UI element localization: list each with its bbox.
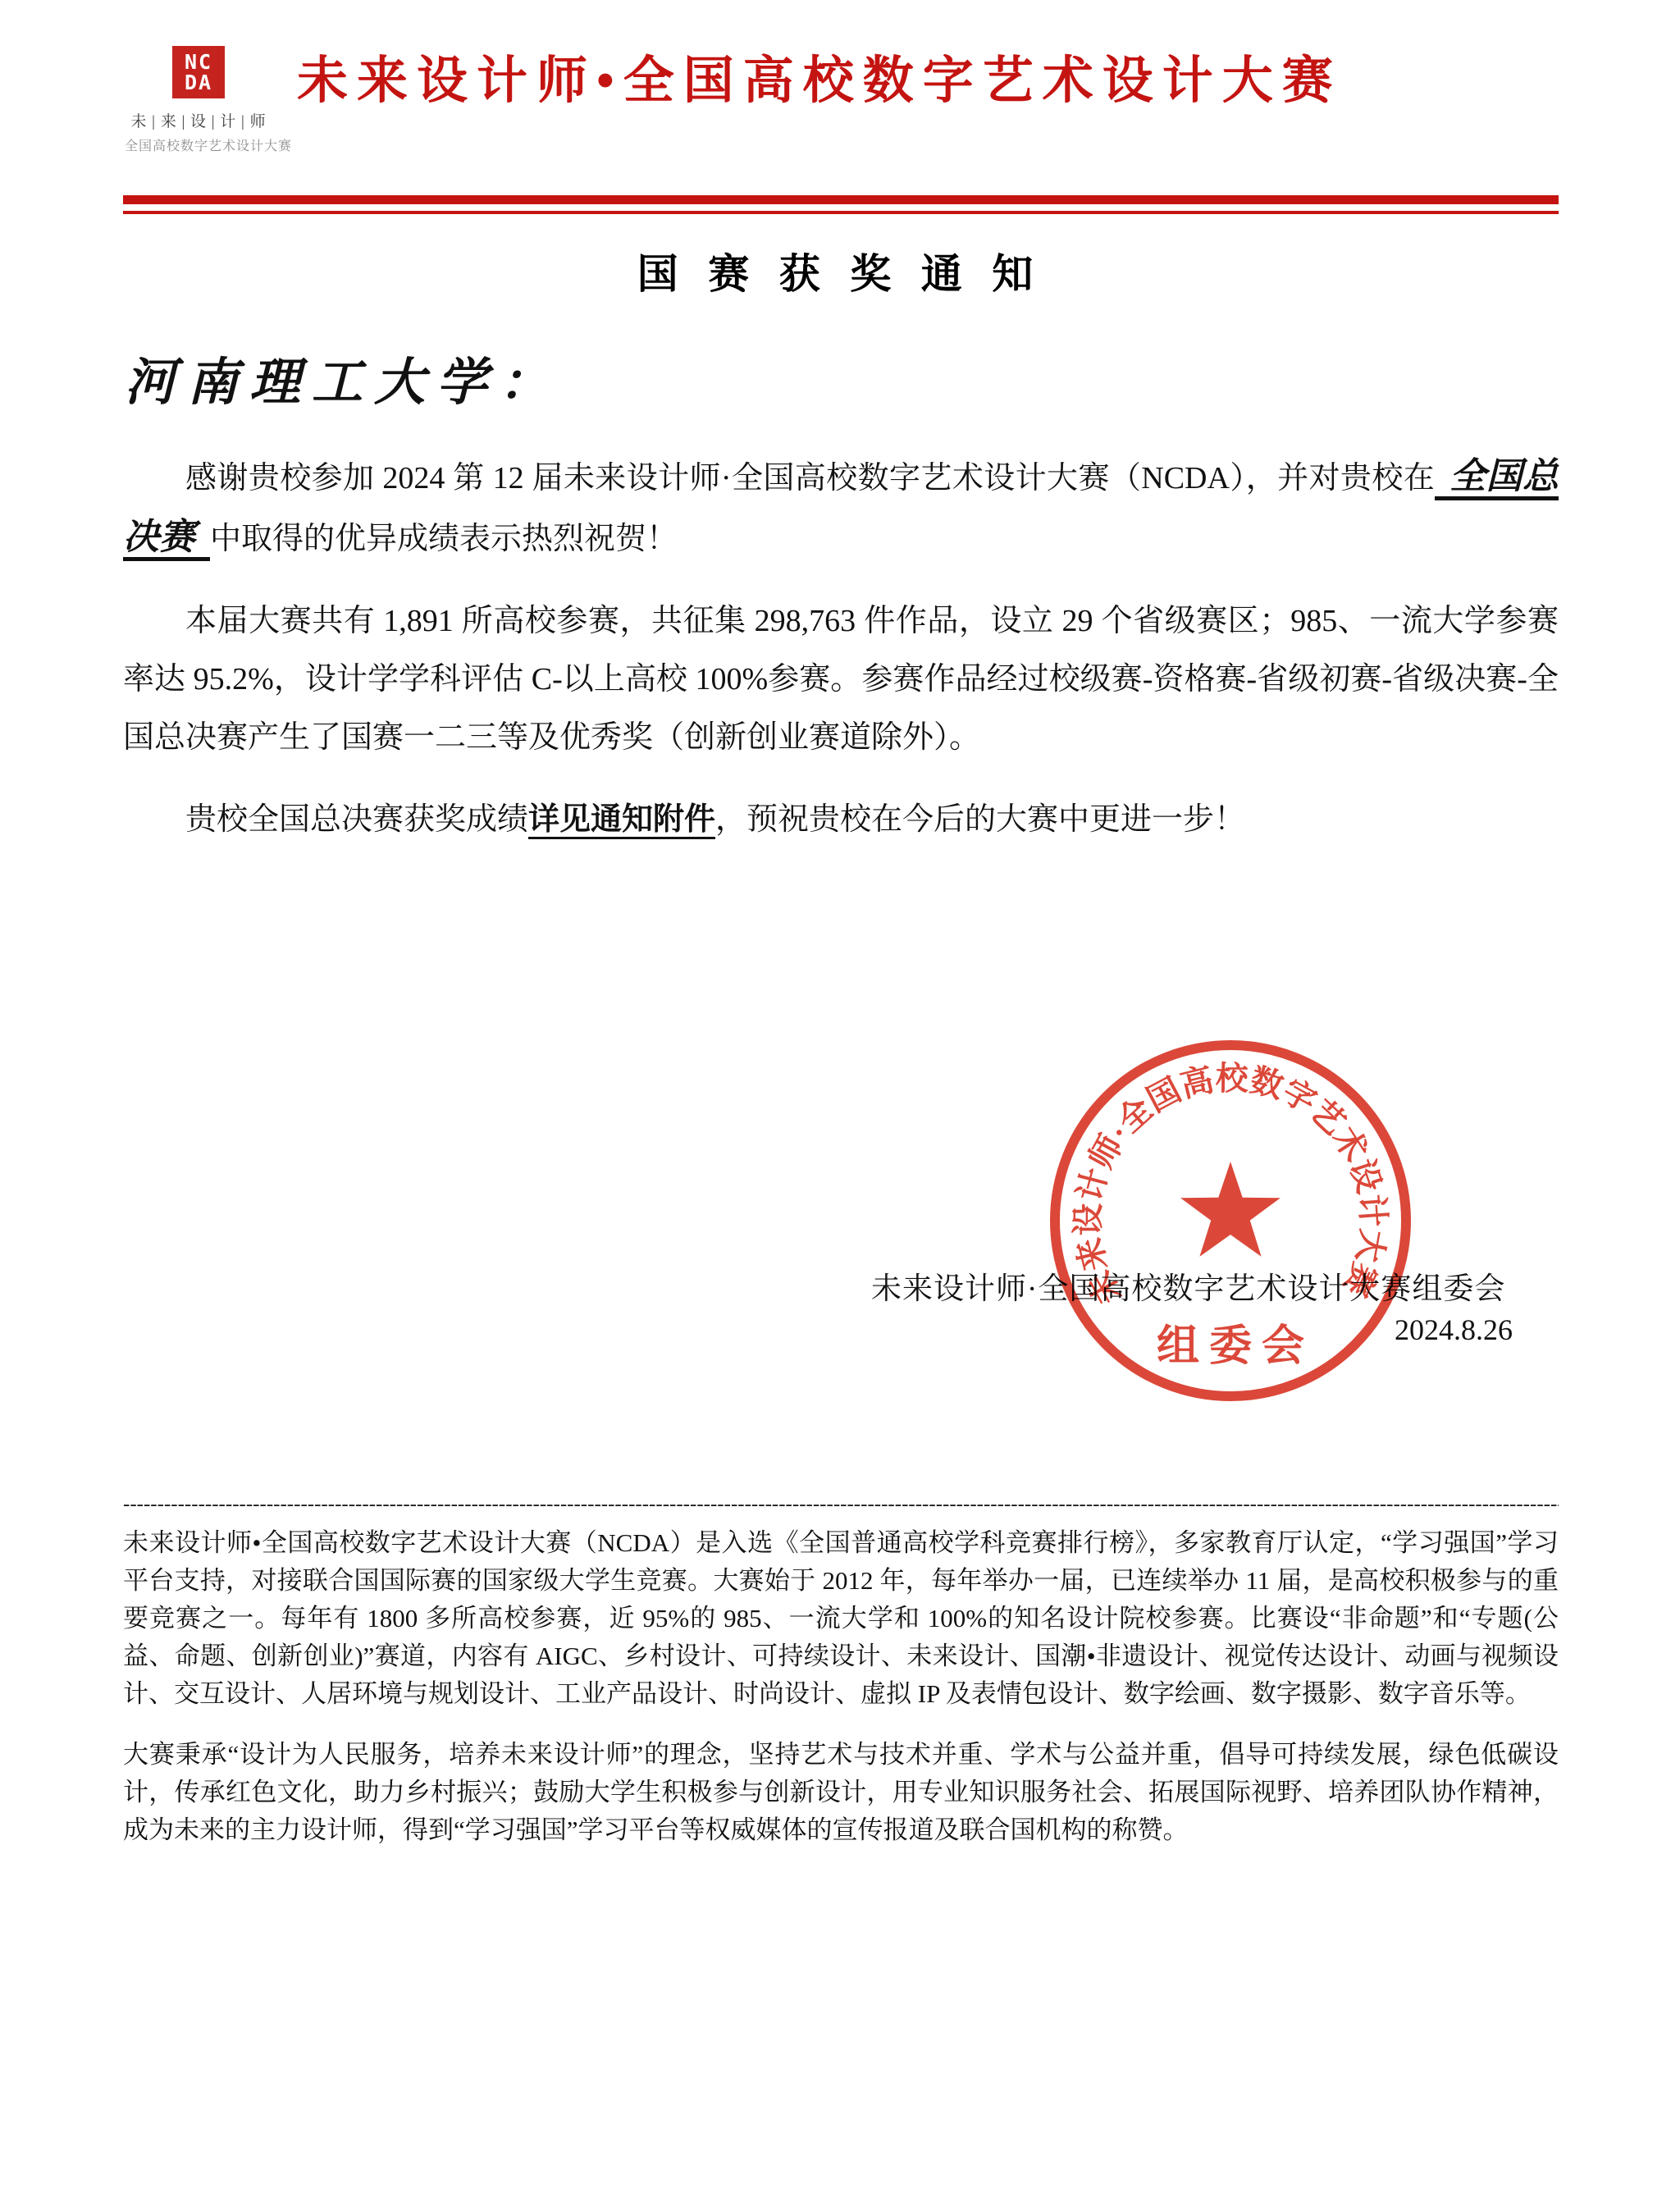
paragraph-result: 贵校全国总决赛获奖成绩详见通知附件，预祝贵校在今后的大赛中更进一步！ bbox=[123, 791, 1559, 849]
thanks-text-post: 中取得的优异成绩表示热烈祝贺！ bbox=[210, 522, 678, 556]
footer-mission-paragraph: 大赛秉承“设计为人民服务，培养未来设计师”的理念，坚持艺术与技术并重、学术与公益… bbox=[123, 1736, 1559, 1849]
stamp-star-icon bbox=[1180, 1162, 1281, 1257]
notice-document-page: NC DA 未 | 来 | 设 | 计 | 师 全国高校数字艺术设计大赛 未来设… bbox=[0, 0, 1680, 2192]
committee-seal-stamp-icon: 未来设计师·全国高校数字艺术设计大赛 组委会 bbox=[1042, 1032, 1419, 1409]
ncda-logo: NC DA 未 | 来 | 设 | 计 | 师 全国高校数字艺术设计大赛 bbox=[125, 46, 272, 154]
header-rule-thick bbox=[123, 195, 1559, 204]
result-text-pre: 贵校全国总决赛获奖成绩 bbox=[185, 802, 528, 837]
paragraph-statistics: 本届大赛共有 1,891 所高校参赛，共征集 298,763 件作品，设立 29… bbox=[123, 592, 1559, 767]
competition-title: 未来设计师•全国高校数字艺术设计大赛 bbox=[297, 39, 1342, 112]
ncda-logo-mark-icon: NC DA bbox=[172, 46, 225, 98]
stamp-center-label: 组委会 bbox=[1157, 1322, 1314, 1370]
footer-dashed-divider: ----------------------------------------… bbox=[123, 1493, 1559, 1518]
paragraph-thanks: 感谢贵校参加 2024 第 12 届未来设计师·全国高校数字艺术设计大赛（NCD… bbox=[123, 447, 1559, 569]
result-text-post: ，预祝贵校在今后的大赛中更进一步！ bbox=[715, 802, 1245, 837]
logo-chinese-name: 未 | 来 | 设 | 计 | 师 bbox=[125, 109, 272, 131]
logo-mark-top: NC bbox=[185, 52, 212, 72]
notice-body: 感谢贵校参加 2024 第 12 届未来设计师·全国高校数字艺术设计大赛（NCD… bbox=[123, 447, 1559, 873]
addressee-university: 河南理工大学： bbox=[125, 341, 561, 414]
logo-mark-bottom: DA bbox=[185, 72, 212, 93]
thanks-text-pre: 感谢贵校参加 2024 第 12 届未来设计师·全国高校数字艺术设计大赛（NCD… bbox=[185, 461, 1435, 495]
footer-description: 未来设计师•全国高校数字艺术设计大赛（NCDA）是入选《全国普通高校学科竞赛排行… bbox=[123, 1524, 1559, 1872]
attachment-highlight: 详见通知附件 bbox=[528, 802, 715, 839]
header-rule-thin bbox=[123, 211, 1559, 214]
footer-intro-paragraph: 未来设计师•全国高校数字艺术设计大赛（NCDA）是入选《全国普通高校学科竞赛排行… bbox=[123, 1524, 1559, 1713]
notice-title: 国 赛 获 奖 通 知 bbox=[0, 241, 1680, 300]
logo-subtitle: 全国高校数字艺术设计大赛 bbox=[125, 135, 272, 154]
